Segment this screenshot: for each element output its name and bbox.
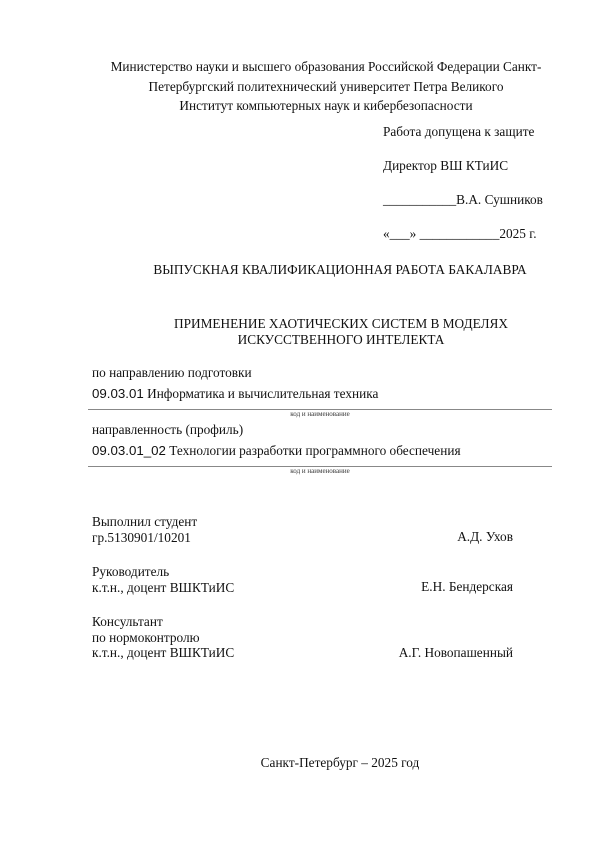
direction-name: Информатика и вычислительная техника (144, 386, 379, 401)
approval-date: «___» ____________2025 г. (383, 226, 537, 242)
direction-code: 09.03.01 (92, 386, 144, 401)
supervisor-name: Е.Н. Бендерская (421, 579, 513, 595)
approval-position: Директор ВШ КТиИС (383, 158, 508, 174)
header-line-3: Институт компьютерных наук и кибербезопа… (0, 96, 595, 116)
consultant-name: А.Г. Новопашенный (399, 645, 513, 661)
ministry-header: Министерство науки и высшего образования… (0, 57, 595, 116)
consultant-role-2: по нормоконтролю (92, 630, 234, 646)
profile-code: 09.03.01_02 (92, 443, 166, 458)
supervisor-detail: к.т.н., доцент ВШКТиИС (92, 580, 234, 596)
consultant-role: Консультант (92, 614, 234, 630)
consultant-detail: к.т.н., доцент ВШКТиИС (92, 645, 234, 661)
student-group: гр.5130901/10201 (92, 530, 197, 546)
approval-admitted: Работа допущена к защите (383, 124, 534, 140)
student-block: Выполнил студент гр.5130901/10201 (92, 514, 197, 545)
header-line-1: Министерство науки и высшего образования… (0, 57, 595, 77)
supervisor-block: Руководитель к.т.н., доцент ВШКТиИС (92, 564, 234, 595)
supervisor-role: Руководитель (92, 564, 234, 580)
student-name: А.Д. Ухов (457, 529, 513, 545)
direction-hint: код и наименование (88, 410, 552, 418)
direction-value: 09.03.01 Информатика и вычислительная те… (92, 386, 378, 402)
footer-city-year: Санкт-Петербург – 2025 год (0, 755, 595, 771)
direction-label: по направлению подготовки (92, 365, 252, 381)
header-line-2: Петербургский политехнический университе… (0, 77, 595, 97)
document-type: ВЫПУСКНАЯ КВАЛИФИКАЦИОННАЯ РАБОТА БАКАЛА… (0, 262, 595, 278)
topic-line-1: ПРИМЕНЕНИЕ ХАОТИЧЕСКИХ СИСТЕМ В МОДЕЛЯХ (0, 316, 595, 332)
consultant-block: Консультант по нормоконтролю к.т.н., доц… (92, 614, 234, 661)
approval-signature: ___________В.А. Сушников (383, 192, 543, 208)
topic-line-2: ИСКУССТВЕННОГО ИНТЕЛЕКТА (0, 332, 595, 348)
thesis-topic: ПРИМЕНЕНИЕ ХАОТИЧЕСКИХ СИСТЕМ В МОДЕЛЯХ … (0, 316, 595, 347)
profile-hint: код и наименование (88, 467, 552, 475)
student-role: Выполнил студент (92, 514, 197, 530)
profile-label: направленность (профиль) (92, 422, 243, 438)
profile-name: Технологии разработки программного обесп… (166, 443, 461, 458)
profile-value: 09.03.01_02 Технологии разработки програ… (92, 443, 461, 459)
